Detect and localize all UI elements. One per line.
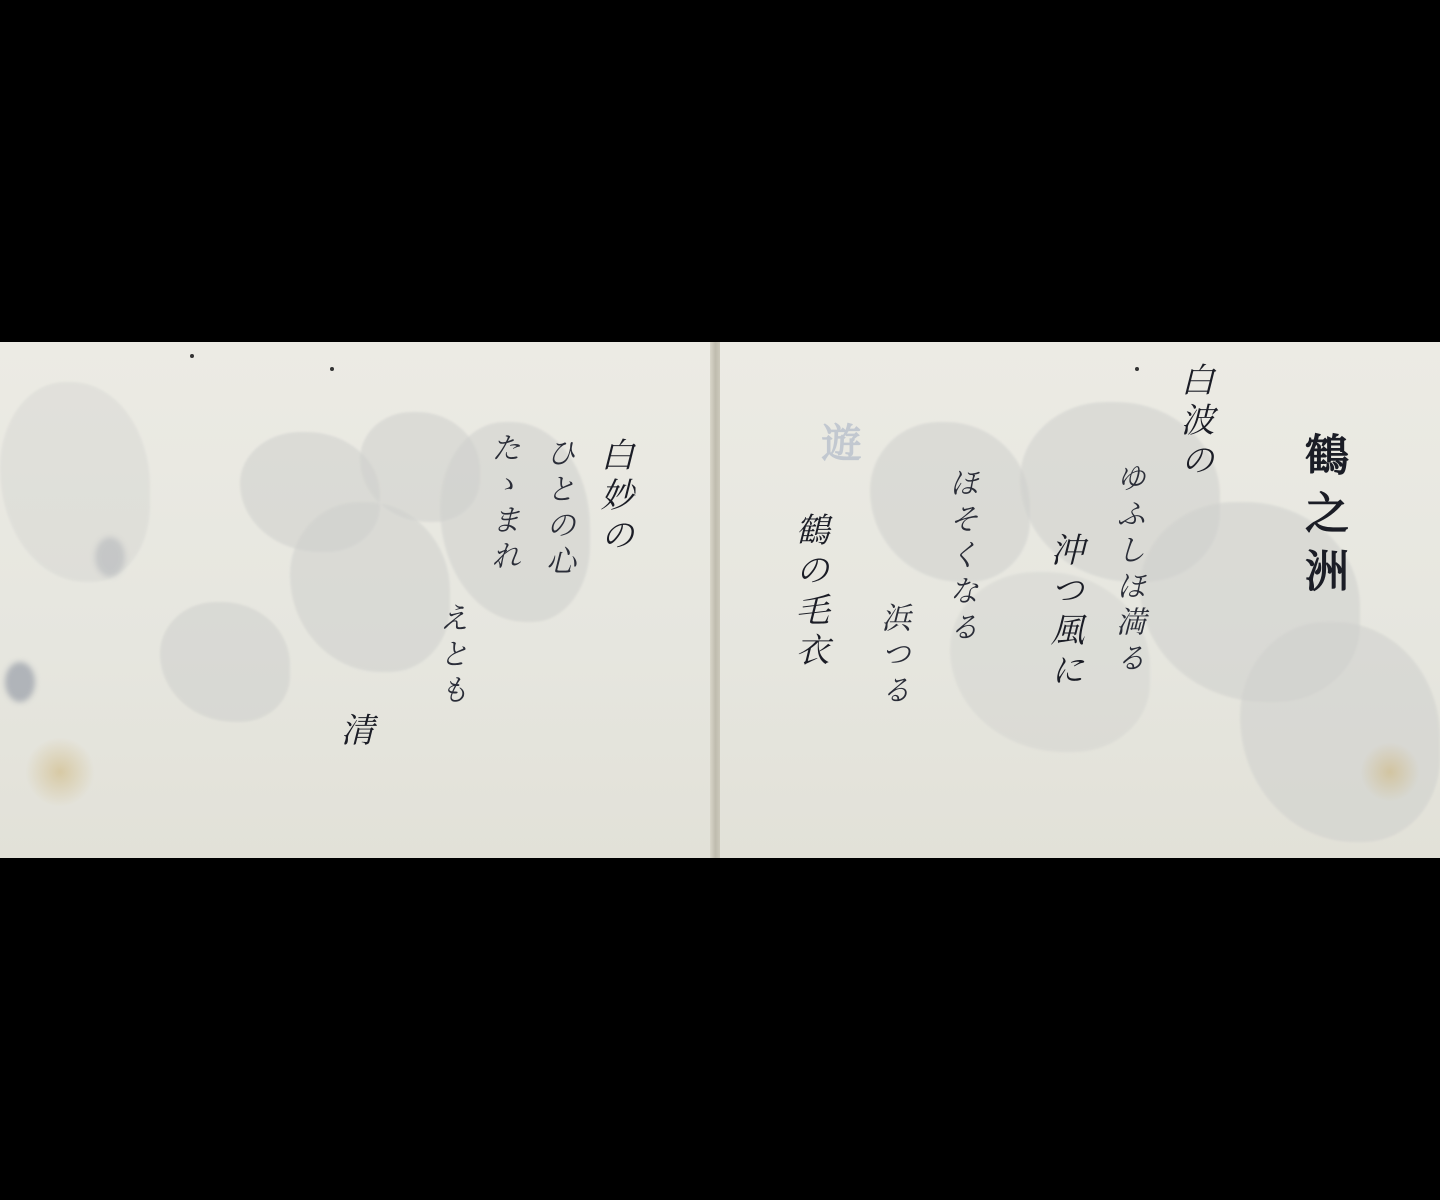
poem-column-6: 鶴の毛衣	[785, 512, 834, 812]
right-page: 遊 鶴之洲 白波の ゆふしほ満る 沖つ風に ほそくなる 浜つる 鶴の毛衣	[720, 342, 1440, 858]
speck	[1135, 367, 1139, 371]
ink-blot	[95, 537, 125, 577]
poem-column-2: ゆふしほ満る	[1105, 462, 1149, 762]
poem-column-4: えとも	[428, 602, 472, 822]
poem-column-5: 浜つる	[870, 602, 914, 802]
leaf-print	[290, 502, 450, 672]
poem-column-3: 沖つ風に	[1040, 532, 1089, 782]
poem-column-2: ひとの心	[535, 437, 579, 837]
speck	[190, 354, 194, 358]
signature: 清	[330, 712, 379, 842]
poem-title: 鶴之洲	[1290, 432, 1354, 692]
poem-column-1: 白妙の	[590, 437, 639, 837]
poem-column-3: たゝまれ	[480, 432, 524, 832]
poem-column-1: 白波の	[1170, 362, 1219, 662]
water-stain	[25, 737, 95, 807]
bleed-through-text: 遊	[810, 422, 867, 462]
ink-blot	[5, 662, 35, 702]
water-stain	[1360, 742, 1420, 802]
open-book: 白妙の ひとの心 たゝまれ えとも 清 遊 鶴之洲 白波の ゆふしほ満る 沖つ風…	[0, 342, 1440, 858]
leaf-print	[0, 382, 150, 582]
poem-column-4: ほそくなる	[938, 467, 982, 697]
speck	[330, 367, 334, 371]
left-page: 白妙の ひとの心 たゝまれ えとも 清	[0, 342, 714, 858]
leaf-print	[160, 602, 290, 722]
